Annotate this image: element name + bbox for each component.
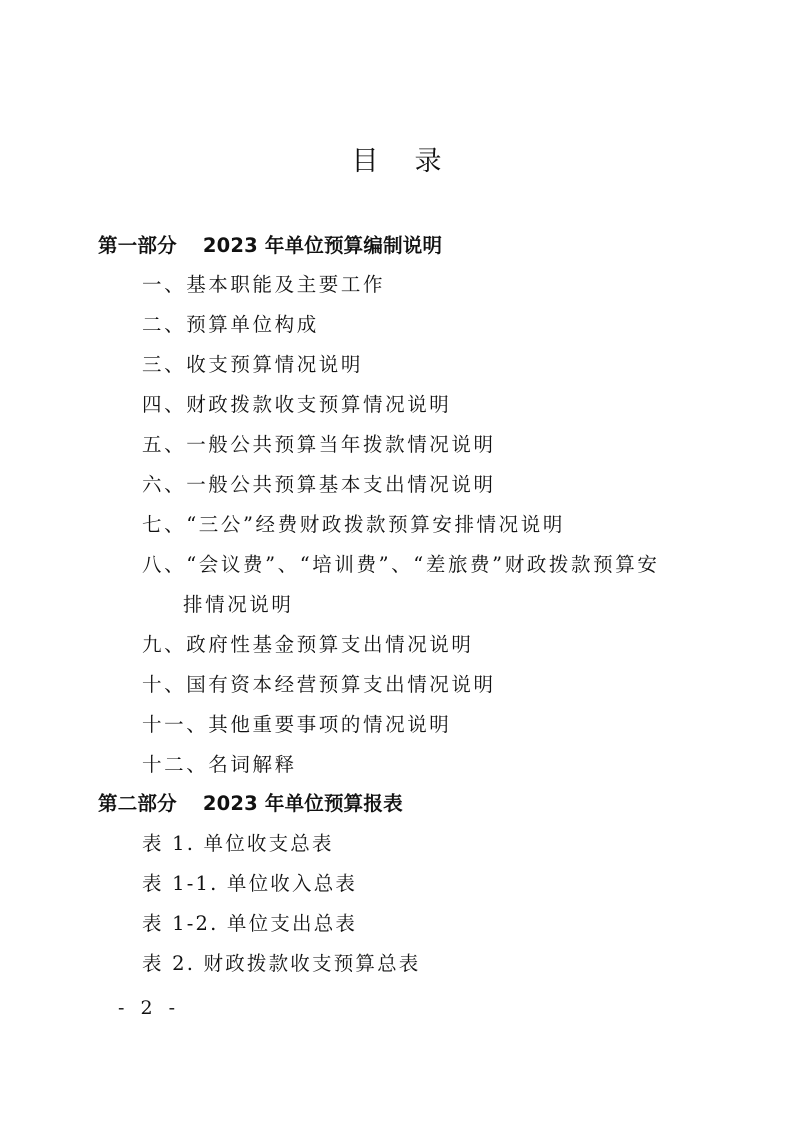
part1-label: 第一部分 [98, 234, 177, 257]
toc-entry-7[interactable]: 七、“三公”经费财政拨款预算安排情况说明 [142, 512, 565, 538]
toc-table-1-2[interactable]: 表 1-2. 单位支出总表 [142, 911, 357, 937]
toc-entry-9[interactable]: 九、政府性基金预算支出情况说明 [142, 632, 474, 658]
toc-entry-11[interactable]: 十一、其他重要事项的情况说明 [142, 712, 451, 738]
toc-entry-8-continued[interactable]: 排情况说明 [183, 592, 294, 618]
toc-entry-2[interactable]: 二、预算单位构成 [142, 312, 319, 338]
toc-entry-4[interactable]: 四、财政拨款收支预算情况说明 [142, 392, 451, 418]
toc-title-char-2: 录 [415, 142, 442, 182]
part1-heading[interactable]: 第一部分2023 年单位预算编制说明 [98, 233, 442, 259]
toc-title-char-1: 目 [352, 142, 379, 182]
part2-label: 第二部分 [98, 792, 177, 815]
part2-heading[interactable]: 第二部分2023 年单位预算报表 [98, 791, 403, 817]
part2-title: 2023 年单位预算报表 [203, 792, 403, 815]
toc-table-1-1[interactable]: 表 1-1. 单位收入总表 [142, 871, 357, 897]
toc-entry-8[interactable]: 八、“会议费”、“培训费”、“差旅费”财政拨款预算安 [142, 552, 659, 578]
toc-table-1[interactable]: 表 1. 单位收支总表 [142, 831, 334, 857]
toc-entry-10[interactable]: 十、国有资本经营预算支出情况说明 [142, 672, 496, 698]
toc-table-2[interactable]: 表 2. 财政拨款收支预算总表 [142, 951, 421, 977]
toc-title: 目录 [0, 142, 793, 182]
toc-entry-1[interactable]: 一、基本职能及主要工作 [142, 272, 385, 298]
page-number: - 2 - [118, 996, 180, 1020]
toc-entry-12[interactable]: 十二、名词解释 [142, 752, 297, 778]
toc-entry-5[interactable]: 五、一般公共预算当年拨款情况说明 [142, 432, 496, 458]
toc-entry-3[interactable]: 三、收支预算情况说明 [142, 352, 363, 378]
part1-title: 2023 年单位预算编制说明 [203, 234, 442, 257]
toc-entry-6[interactable]: 六、一般公共预算基本支出情况说明 [142, 472, 496, 498]
